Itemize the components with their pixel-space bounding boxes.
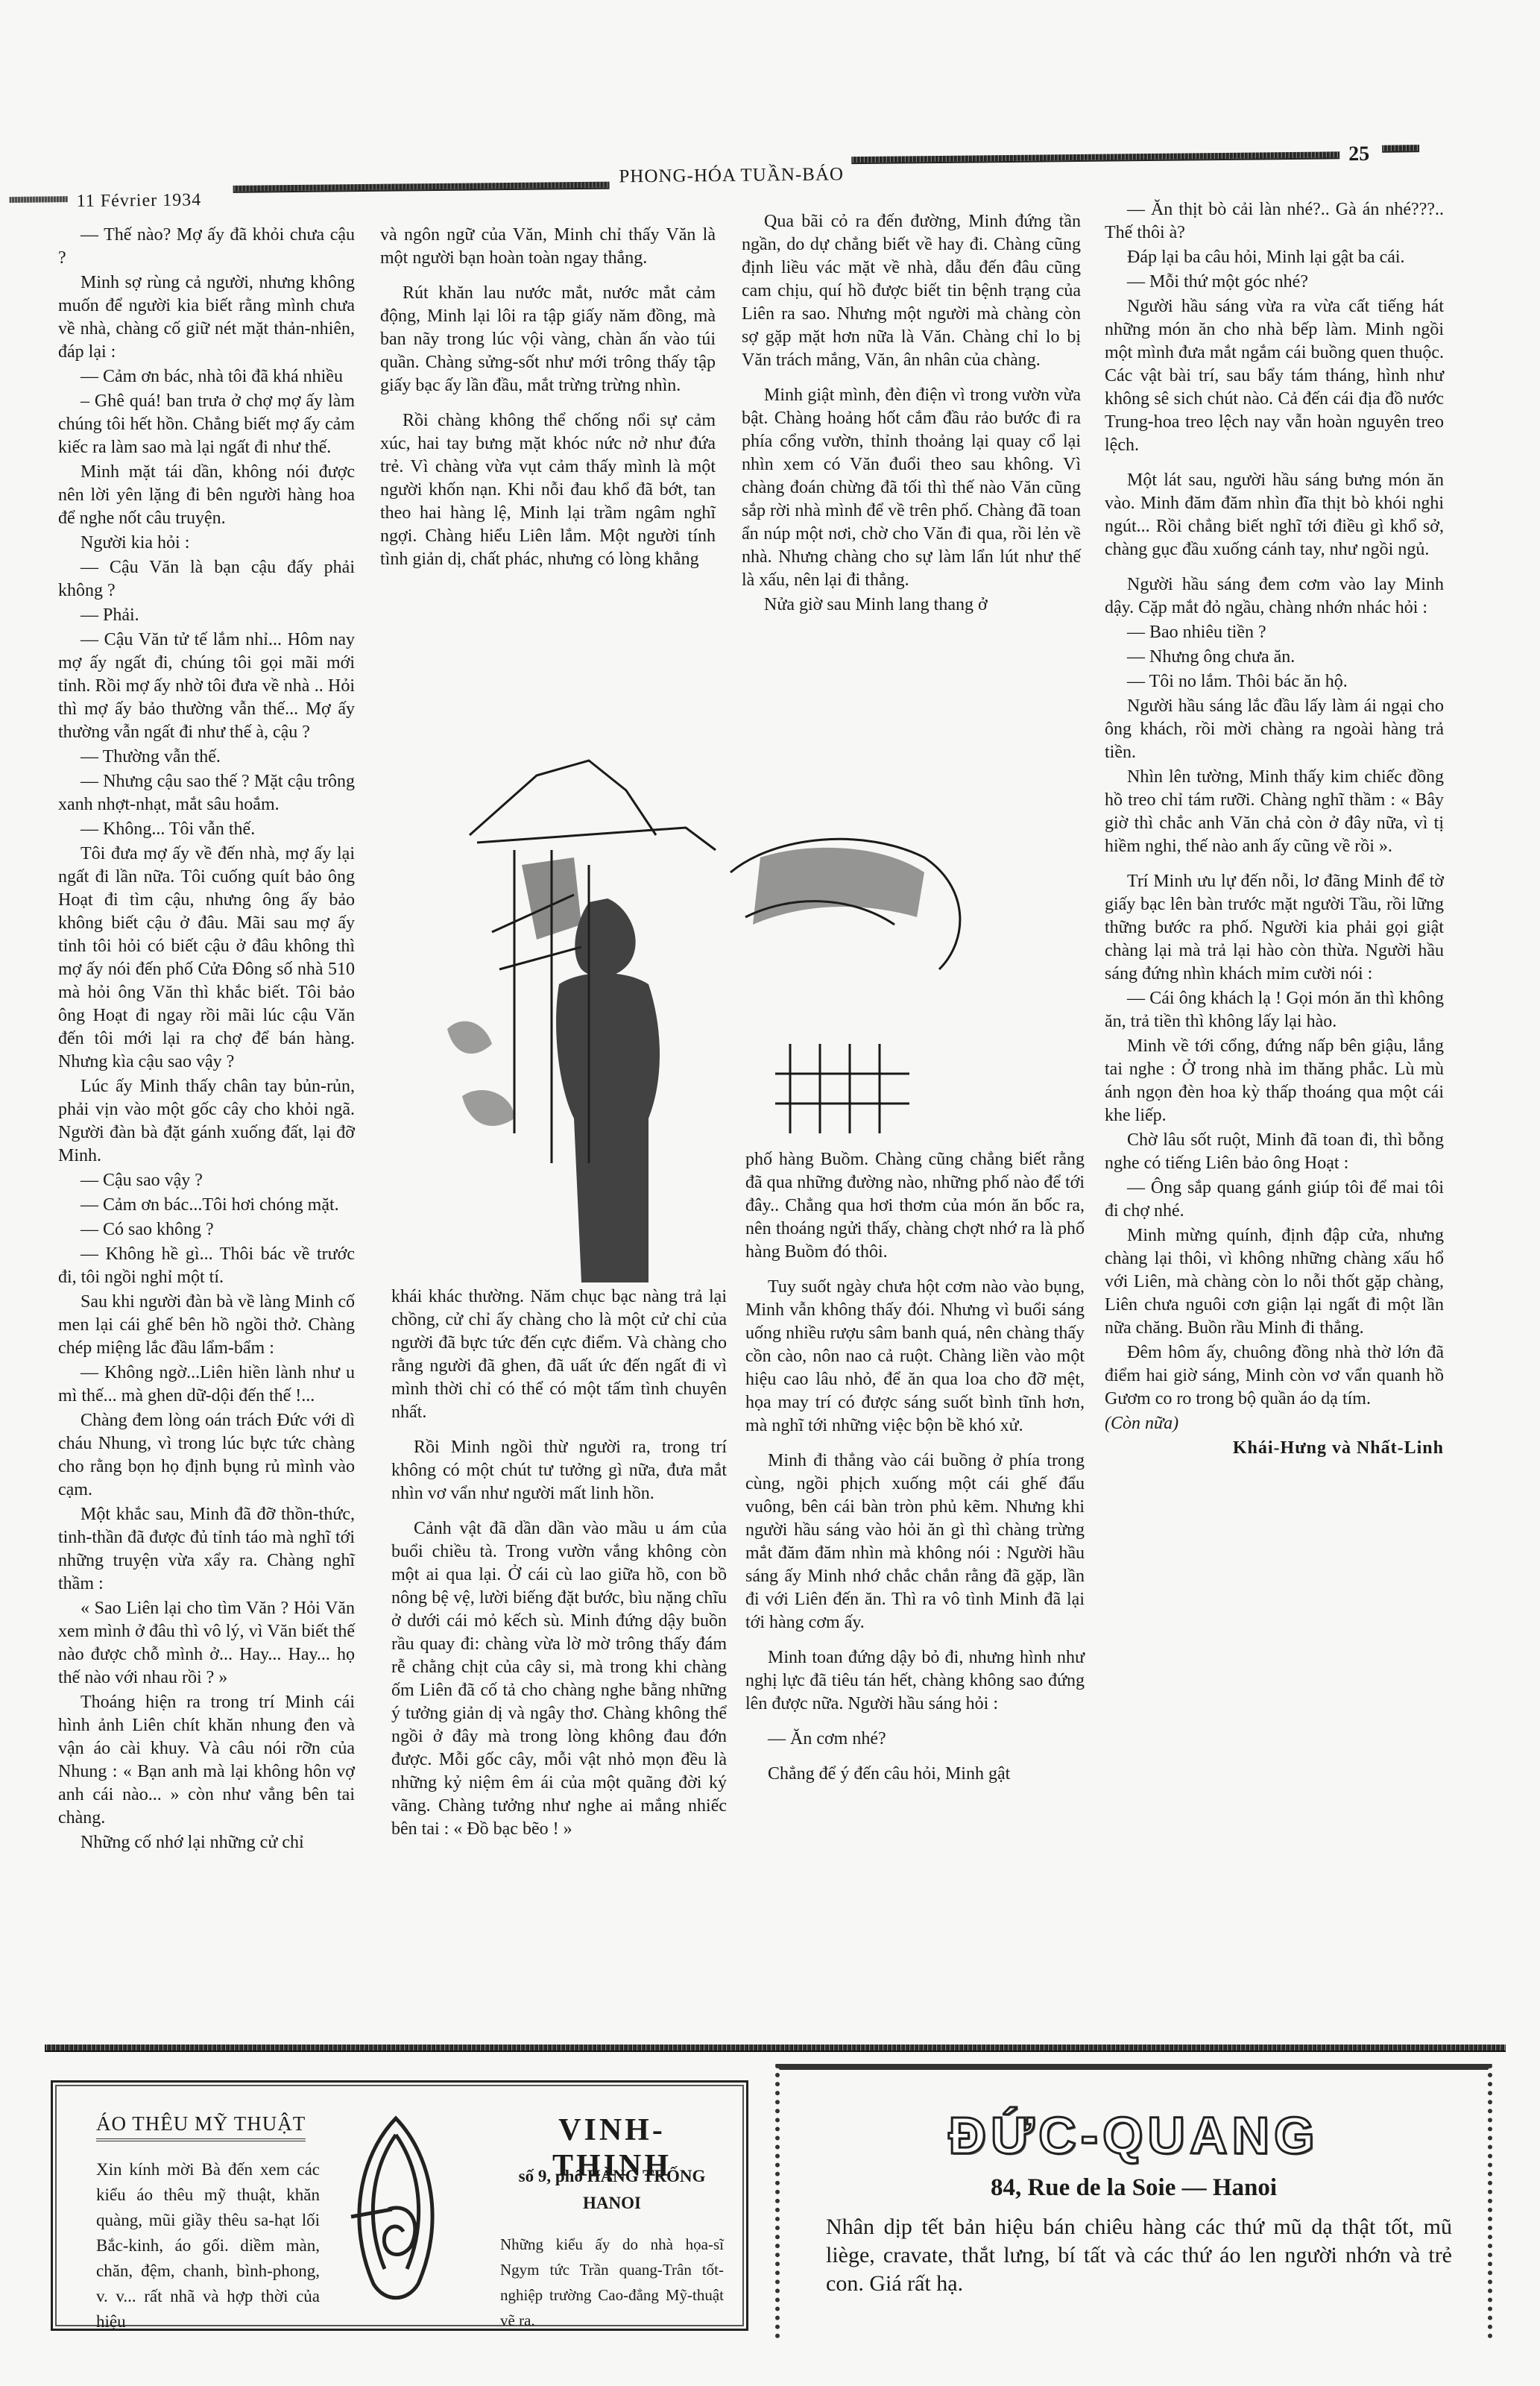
paragraph: Đáp lại ba câu hỏi, Minh lại gật ba cái. <box>1105 246 1444 269</box>
paragraph: Minh sợ rùng cả người, nhưng không muốn … <box>58 271 355 364</box>
paragraph: Tôi đưa mợ ấy về đến nhà, mợ ấy lại ngất… <box>58 843 355 1074</box>
ad-body: Xin kính mời Bà đến xem các kiểu áo thêu… <box>96 2157 320 2335</box>
paragraph: Minh đi thẳng vào cái buồng ở phía trong… <box>745 1449 1085 1634</box>
paragraph: — Mỗi thứ một góc nhé? <box>1105 271 1444 294</box>
paragraph: — Bao nhiêu tiền ? <box>1105 621 1444 644</box>
paragraph: Minh về tới cổng, đứng nấp bên giậu, lắn… <box>1105 1035 1444 1127</box>
paragraph: Minh mừng quính, định đập cửa, nhưng chà… <box>1105 1224 1444 1340</box>
paragraph: Đêm hôm ấy, chuông đồng nhà thờ lớn đã đ… <box>1105 1341 1444 1411</box>
figure-body <box>556 973 660 1282</box>
article-column-1: — Thế nào? Mợ ấy đã khỏi chưa cậu ? Minh… <box>58 224 355 1856</box>
crane-emblem-icon <box>344 2112 448 2314</box>
article-column-2-bottom: khái khác thường. Năm chục bạc nàng trả … <box>391 1285 727 1842</box>
paragraph: — Cảm ơn bác...Tôi hơi chóng mặt. <box>58 1194 355 1217</box>
paragraph: — Cậu Văn là bạn cậu đấy phải không ? <box>58 556 355 602</box>
continued-note: (Còn nữa) <box>1105 1412 1444 1435</box>
paragraph: phố hàng Buồm. Chàng cũng chẳng biết rằn… <box>745 1148 1085 1264</box>
paragraph: Chẳng để ý đến câu hỏi, Minh gật <box>745 1763 1085 1786</box>
paragraph: Một lát sau, người hầu sáng bưng món ăn … <box>1105 469 1444 561</box>
paragraph: Sau khi người đàn bà về làng Minh cố men… <box>58 1291 355 1360</box>
masthead-rule <box>233 182 610 193</box>
section-divider <box>45 2045 1506 2052</box>
paragraph: Rồi chàng không thể chống nổi sự cảm xúc… <box>380 409 716 571</box>
address-line: số 9, phố HÀNG TRỐNG <box>500 2163 724 2190</box>
article-column-3-bottom: phố hàng Buồm. Chàng cũng chẳng biết rằn… <box>745 1148 1085 1787</box>
author-byline: Khái-Hưng và Nhất-Linh <box>1105 1437 1444 1460</box>
fence <box>790 1044 880 1133</box>
advertisement-vinh-thinh: ÁO THÊU MỸ THUẬT Xin kính mời Bà đến xem… <box>51 2080 748 2331</box>
paragraph: Trí Minh ưu lự đến nỗi, lơ đãng Minh để … <box>1105 870 1444 986</box>
masthead-rule-left <box>10 196 68 203</box>
paragraph: Minh toan đứng dậy bỏ đi, nhưng hình như… <box>745 1646 1085 1716</box>
paragraph: và ngôn ngữ của Văn, Minh chỉ thấy Văn l… <box>380 224 716 270</box>
paragraph: — Cảm ơn bác, nhà tôi đã khá nhiều <box>58 365 355 388</box>
paragraph: Thoáng hiện ra trong trí Minh cái hình ả… <box>58 1691 355 1830</box>
paragraph: — Thế nào? Mợ ấy đã khỏi chưa cậu ? <box>58 224 355 270</box>
paragraph: Người kia hỏi : <box>58 532 355 555</box>
issue-date: 11 Février 1934 <box>77 190 202 212</box>
page-number: 25 <box>1348 142 1369 166</box>
paragraph: — Không ngờ...Liên hiền lành như u mì th… <box>58 1362 355 1408</box>
shop-address: số 9, phố HÀNG TRỐNG HANOI <box>500 2163 724 2217</box>
paragraph: – Ghê quá! ban trưa ở chợ mợ ấy làm chún… <box>58 390 355 459</box>
paragraph: Chàng đem lòng oán trách Đức với dì cháu… <box>58 1409 355 1502</box>
masthead: 11 Février 1934 PHONG-HÓA TUẦN-BÁO 25 <box>9 134 1426 201</box>
paragraph: Nửa giờ sau Minh lang thang ở <box>742 594 1081 617</box>
paragraph: — Cậu sao vậy ? <box>58 1169 355 1192</box>
paragraph: — Phải. <box>58 604 355 627</box>
ad-heading: ÁO THÊU MỸ THUẬT <box>96 2112 306 2141</box>
ad-description: Những kiểu ấy do nhà họa-sĩ Ngym tức Trầ… <box>500 2232 724 2333</box>
paragraph: Minh giật mình, đèn điện vì trong vườn v… <box>742 384 1081 592</box>
paragraph: « Sao Liên lại cho tìm Văn ? Hỏi Văn xem… <box>58 1597 355 1690</box>
paragraph: — Nhưng cậu sao thế ? Mặt cậu trông xanh… <box>58 770 355 816</box>
paragraph: Nhìn lên tường, Minh thấy kim chiếc đồng… <box>1105 766 1444 858</box>
paragraph: — Ăn thịt bò cải làn nhé?.. Gà án nhé???… <box>1105 198 1444 245</box>
shop-name: ĐỨC-QUANG <box>780 2106 1488 2165</box>
ad-body: Nhân dịp tết bản hiệu bán chiêu hàng các… <box>826 2213 1452 2298</box>
paragraph: — Cái ông khách lạ ! Gọi món ăn thì khôn… <box>1105 987 1444 1033</box>
paragraph: Qua bãi cỏ ra đến đường, Minh đứng tần n… <box>742 210 1081 372</box>
article-column-2-top: và ngôn ngữ của Văn, Minh chỉ thấy Văn l… <box>380 224 716 573</box>
paragraph: Những cố nhớ lại những cử chỉ <box>58 1831 355 1854</box>
paragraph: — Ông sắp quang gánh giúp tôi để mai tôi… <box>1105 1177 1444 1223</box>
paragraph: Minh mặt tái dần, không nói được nên lời… <box>58 461 355 530</box>
paragraph: — Có sao không ? <box>58 1218 355 1241</box>
roof-line <box>470 761 656 835</box>
paragraph: Rút khăn lau nước mắt, nước mắt cảm động… <box>380 282 716 397</box>
paragraph: Rồi Minh ngồi thừ người ra, trong trí kh… <box>391 1436 727 1505</box>
paragraph: Một khắc sau, Minh đã đỡ thồn-thức, tinh… <box>58 1503 355 1596</box>
paragraph: — Nhưng ông chưa ăn. <box>1105 646 1444 669</box>
shop-address: 84, Rue de la Soie — Hanoi <box>780 2174 1488 2202</box>
paragraph: Chờ lâu sốt ruột, Minh đã toan đi, thì b… <box>1105 1129 1444 1175</box>
masthead-rule <box>851 151 1339 164</box>
advertisement-duc-quang: ĐỨC-QUANG 84, Rue de la Soie — Hanoi Nhâ… <box>775 2064 1492 2338</box>
paragraph: — Cậu Văn tử tế lắm nhỉ... Hôm nay mợ ấy… <box>58 629 355 744</box>
paragraph: Lúc ấy Minh thấy chân tay bủn-rủn, phải … <box>58 1075 355 1168</box>
address-city: HANOI <box>500 2190 724 2217</box>
publication-title: PHONG-HÓA TUẦN-BÁO <box>619 164 844 187</box>
paragraph: — Ăn cơm nhé? <box>745 1728 1085 1751</box>
paragraph: Người hầu sáng lắc đầu lấy làm ái ngại c… <box>1105 695 1444 764</box>
masthead-rule-right <box>1382 145 1419 153</box>
paragraph: Tuy suốt ngày chưa hột cơm nào vào bụng,… <box>745 1276 1085 1438</box>
paragraph: Người hầu sáng đem cơm vào lay Minh dậy.… <box>1105 573 1444 620</box>
paragraph: — Không hề gì... Thôi bác về trước đi, t… <box>58 1243 355 1289</box>
paragraph: Cảnh vật đã dần dần vào mầu u ám của buổ… <box>391 1517 727 1841</box>
article-column-3-top: Qua bãi cỏ ra đến đường, Minh đứng tần n… <box>742 210 1081 618</box>
paragraph: Người hầu sáng vừa ra vừa cất tiếng hát … <box>1105 295 1444 457</box>
paragraph: khái khác thường. Năm chục bạc nàng trả … <box>391 1285 727 1424</box>
article-column-4: — Ăn thịt bò cải làn nhé?.. Gà án nhé???… <box>1105 198 1444 1461</box>
paragraph: — Không... Tôi vẫn thế. <box>58 818 355 841</box>
paragraph: — Thường vẫn thế. <box>58 746 355 769</box>
figure-head <box>575 898 635 977</box>
paragraph: — Tôi no lắm. Thôi bác ăn hộ. <box>1105 670 1444 693</box>
